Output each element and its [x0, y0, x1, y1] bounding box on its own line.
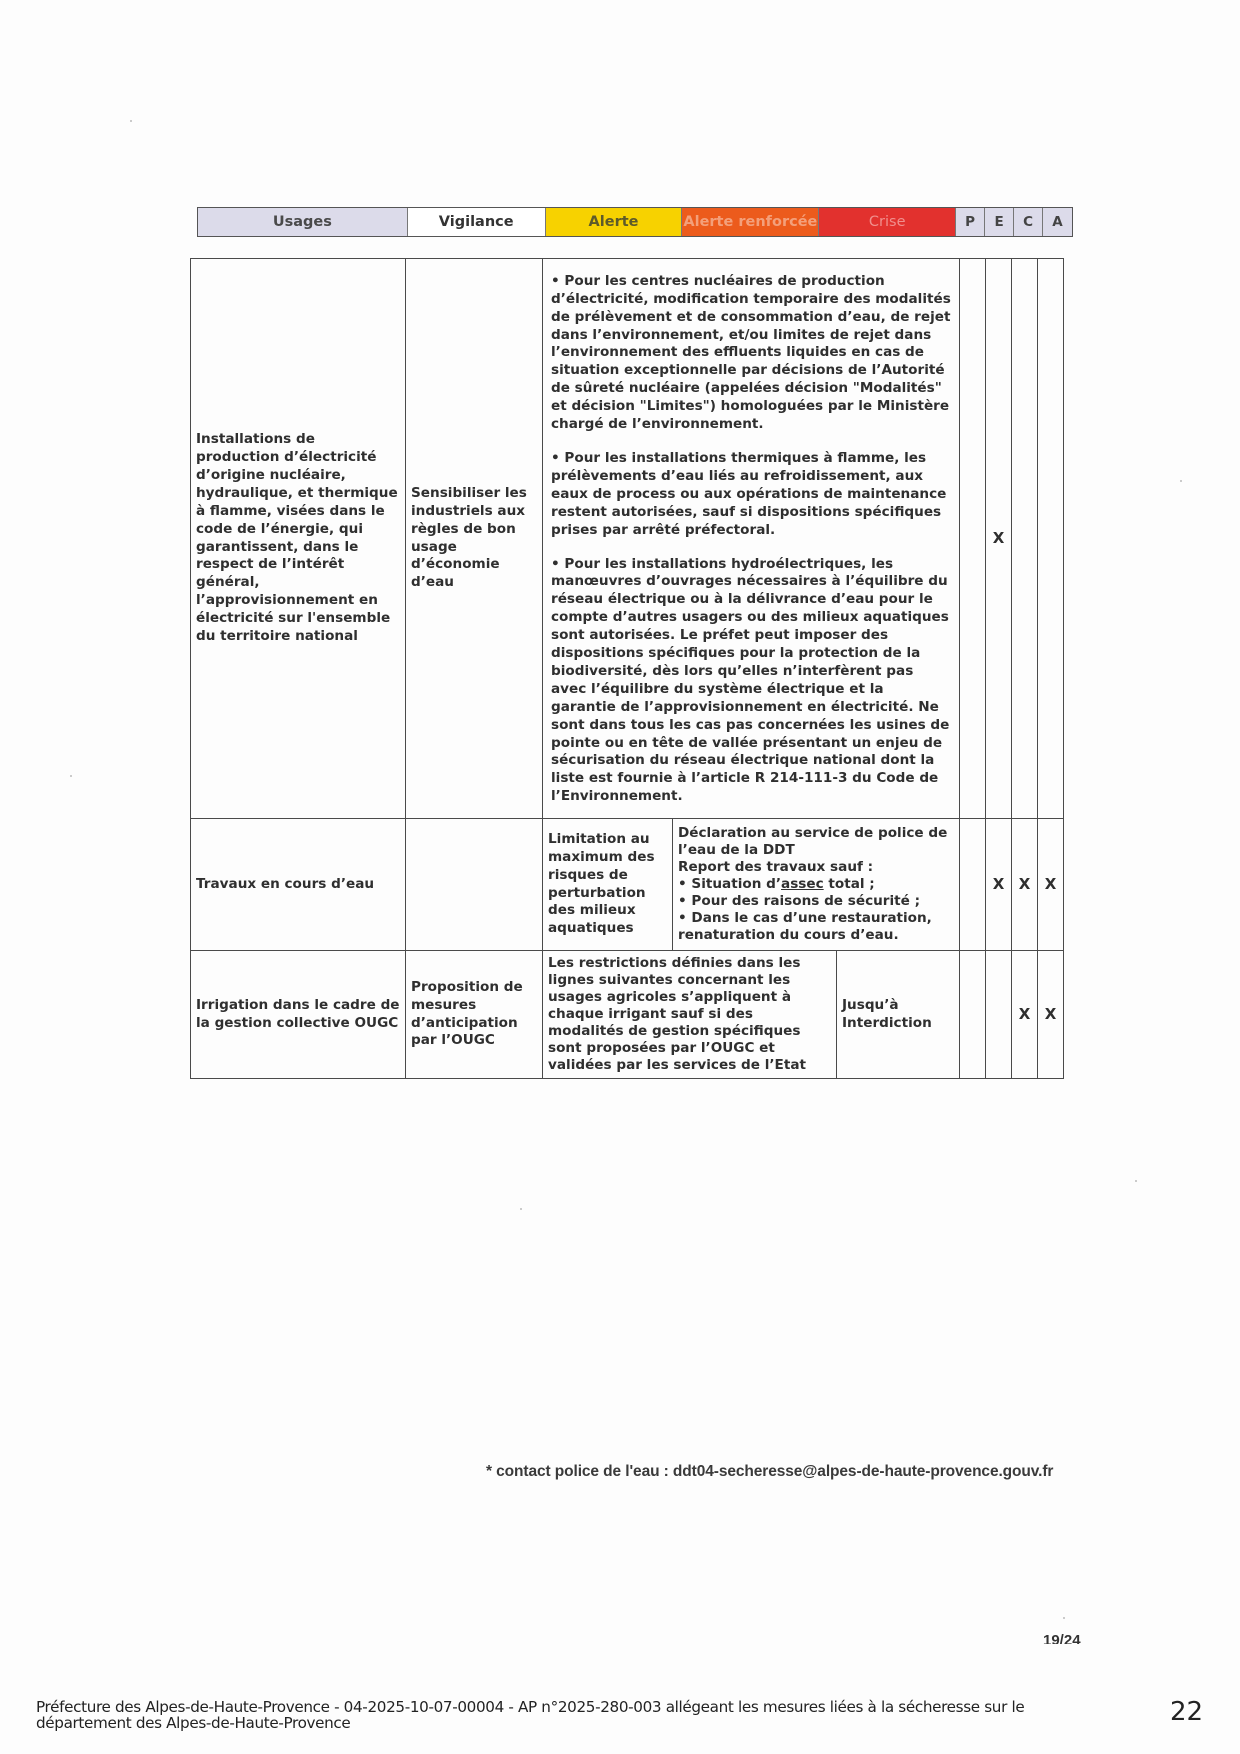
table-row: Installations de production d’électricit… — [191, 259, 1064, 819]
bullet-securite: • Pour des raisons de sécurité ; — [678, 893, 954, 910]
cell-usage: Irrigation dans le cadre de la gestion c… — [191, 951, 406, 1079]
header-alerte-renforcee: Alerte renforcée — [682, 208, 819, 236]
header-e: E — [985, 208, 1014, 236]
bullet-restauration: • Dans le cas d’une restauration, renatu… — [678, 910, 954, 944]
scan-speck — [1063, 1617, 1065, 1619]
cell-alerte-renforcee: Les restrictions définies dans les ligne… — [543, 951, 837, 1079]
table-row: Travaux en cours d’eau Limitation au max… — [191, 819, 1064, 951]
report-line: Report des travaux sauf : — [678, 859, 954, 876]
footer-text: Préfecture des Alpes-de-Haute-Provence -… — [36, 1699, 1116, 1731]
cell-c: X — [1012, 819, 1038, 951]
cell-vigilance — [406, 819, 543, 951]
header-c: C — [1014, 208, 1043, 236]
cell-c: X — [1012, 951, 1038, 1079]
cell-p — [960, 259, 986, 819]
measure-nuclear: • Pour les centres nucléaires de product… — [551, 273, 951, 434]
cell-e: X — [986, 819, 1012, 951]
cell-a — [1038, 259, 1064, 819]
header-a: A — [1043, 208, 1072, 236]
cell-e: X — [986, 259, 1012, 819]
scan-speck — [520, 1208, 522, 1210]
scan-speck — [1135, 1180, 1137, 1182]
cell-alerte: Limitation au maximum des risques de per… — [543, 819, 673, 951]
cell-usage: Travaux en cours d’eau — [191, 819, 406, 951]
cell-crise: Jusqu’à Interdiction — [837, 951, 960, 1079]
header-p: P — [956, 208, 985, 236]
cell-c — [1012, 259, 1038, 819]
bullet-assec: • Situation d’assec total ; — [678, 876, 954, 893]
scan-page-counter: 19/24 — [1043, 1632, 1081, 1644]
table-header: Usages Vigilance Alerte Alerte renforcée… — [197, 207, 1073, 237]
header-alerte: Alerte — [546, 208, 683, 236]
cell-p — [960, 819, 986, 951]
cell-vigilance: Sensibiliser les industriels aux règles … — [406, 259, 543, 819]
scan-speck — [1180, 480, 1182, 482]
header-crise: Crise — [819, 208, 956, 236]
header-usages: Usages — [198, 208, 408, 236]
cell-renforcee-crise: Déclaration au service de police de l’ea… — [673, 819, 960, 951]
scan-speck — [130, 120, 132, 122]
header-vigilance: Vigilance — [408, 208, 546, 236]
contact-line: * contact police de l'eau : ddt04-secher… — [486, 1463, 1053, 1481]
restrictions-table: Installations de production d’électricit… — [190, 258, 1064, 1079]
cell-a: X — [1038, 819, 1064, 951]
cell-a: X — [1038, 951, 1064, 1079]
cell-e — [986, 951, 1012, 1079]
table-row: Irrigation dans le cadre de la gestion c… — [191, 951, 1064, 1079]
cell-p — [960, 951, 986, 1079]
document-page: Usages Vigilance Alerte Alerte renforcée… — [0, 0, 1240, 1754]
measure-hydro: • Pour les installations hydroélectrique… — [551, 556, 951, 807]
cell-usage: Installations de production d’électricit… — [191, 259, 406, 819]
cell-measures: • Pour les centres nucléaires de product… — [543, 259, 960, 819]
cell-vigilance: Proposition de mesures d’anticipation pa… — [406, 951, 543, 1079]
footer-page-number: 22 — [1170, 1697, 1203, 1727]
scan-speck — [70, 775, 72, 777]
declaration-line: Déclaration au service de police de l’ea… — [678, 825, 954, 859]
measure-thermal: • Pour les installations thermiques à fl… — [551, 450, 951, 540]
